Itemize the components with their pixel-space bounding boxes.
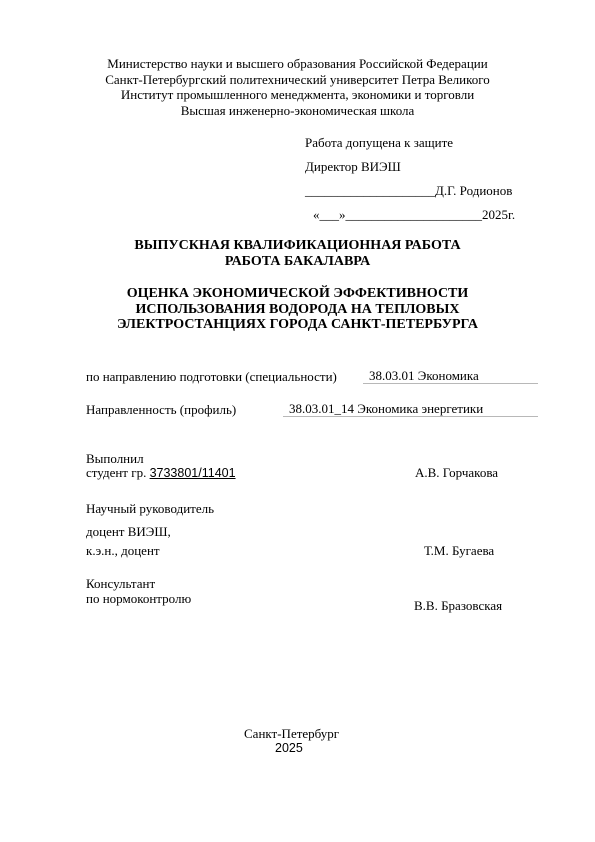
student-name: А.В. Горчакова — [415, 465, 498, 480]
work-type-line1: ВЫПУСКНАЯ КВАЛИФИКАЦИОННАЯ РАБОТА — [0, 238, 595, 254]
direction-value: 38.03.01 Экономика — [369, 368, 479, 383]
footer-city: Санкт-Петербург — [244, 726, 339, 741]
school-line: Высшая инженерно-экономическая школа — [0, 103, 595, 119]
profile-label: Направленность (профиль) — [86, 402, 236, 417]
thesis-topic: ОЦЕНКА ЭКОНОМИЧЕСКОЙ ЭФФЕКТИВНОСТИ ИСПОЛ… — [0, 286, 595, 333]
university-line: Санкт-Петербургский политехнический унив… — [0, 72, 595, 88]
approval-admitted: Работа допущена к защите — [305, 135, 453, 150]
work-type-line2: РАБОТА БАКАЛАВРА — [0, 254, 595, 270]
approval-date-line: «___»_____________________2025г. — [313, 207, 515, 222]
footer-year: 2025 — [275, 741, 303, 756]
direction-field: 38.03.01 Экономика — [363, 366, 538, 384]
profile-value: 38.03.01_14 Экономика энергетики — [289, 401, 483, 416]
group-number: 3733801/11401 — [150, 466, 236, 480]
supervisor-label: Научный руководитель — [86, 501, 214, 516]
topic-line1: ОЦЕНКА ЭКОНОМИЧЕСКОЙ ЭФФЕКТИВНОСТИ — [0, 286, 595, 302]
ministry-line: Министерство науки и высшего образования… — [0, 56, 595, 72]
institute-line: Институт промышленного менеджмента, экон… — [0, 87, 595, 103]
consultant-role: по нормоконтролю — [86, 591, 191, 606]
performer-label: Выполнил — [86, 451, 144, 466]
direction-label: по направлению подготовки (специальности… — [86, 369, 337, 384]
supervisor-degree: к.э.н., доцент — [86, 543, 160, 558]
work-type: ВЫПУСКНАЯ КВАЛИФИКАЦИОННАЯ РАБОТА РАБОТА… — [0, 238, 595, 269]
institution-header: Министерство науки и высшего образования… — [0, 56, 595, 118]
supervisor-name: Т.М. Бугаева — [424, 543, 494, 558]
student-label: студент гр. — [86, 465, 150, 480]
approval-signature-line: ____________________Д.Г. Родионов — [305, 183, 512, 198]
supervisor-position: доцент ВИЭШ, — [86, 524, 171, 539]
approval-position: Директор ВИЭШ — [305, 159, 401, 174]
topic-line3: ЭЛЕКТРОСТАНЦИЯХ ГОРОДА САНКТ-ПЕТЕРБУРГА — [0, 317, 595, 333]
profile-field: 38.03.01_14 Экономика энергетики — [283, 399, 538, 417]
consultant-name: В.В. Бразовская — [414, 598, 502, 613]
consultant-label: Консультант — [86, 576, 155, 591]
student-line: студент гр. 3733801/11401 — [86, 465, 236, 481]
topic-line2: ИСПОЛЬЗОВАНИЯ ВОДОРОДА НА ТЕПЛОВЫХ — [0, 302, 595, 318]
